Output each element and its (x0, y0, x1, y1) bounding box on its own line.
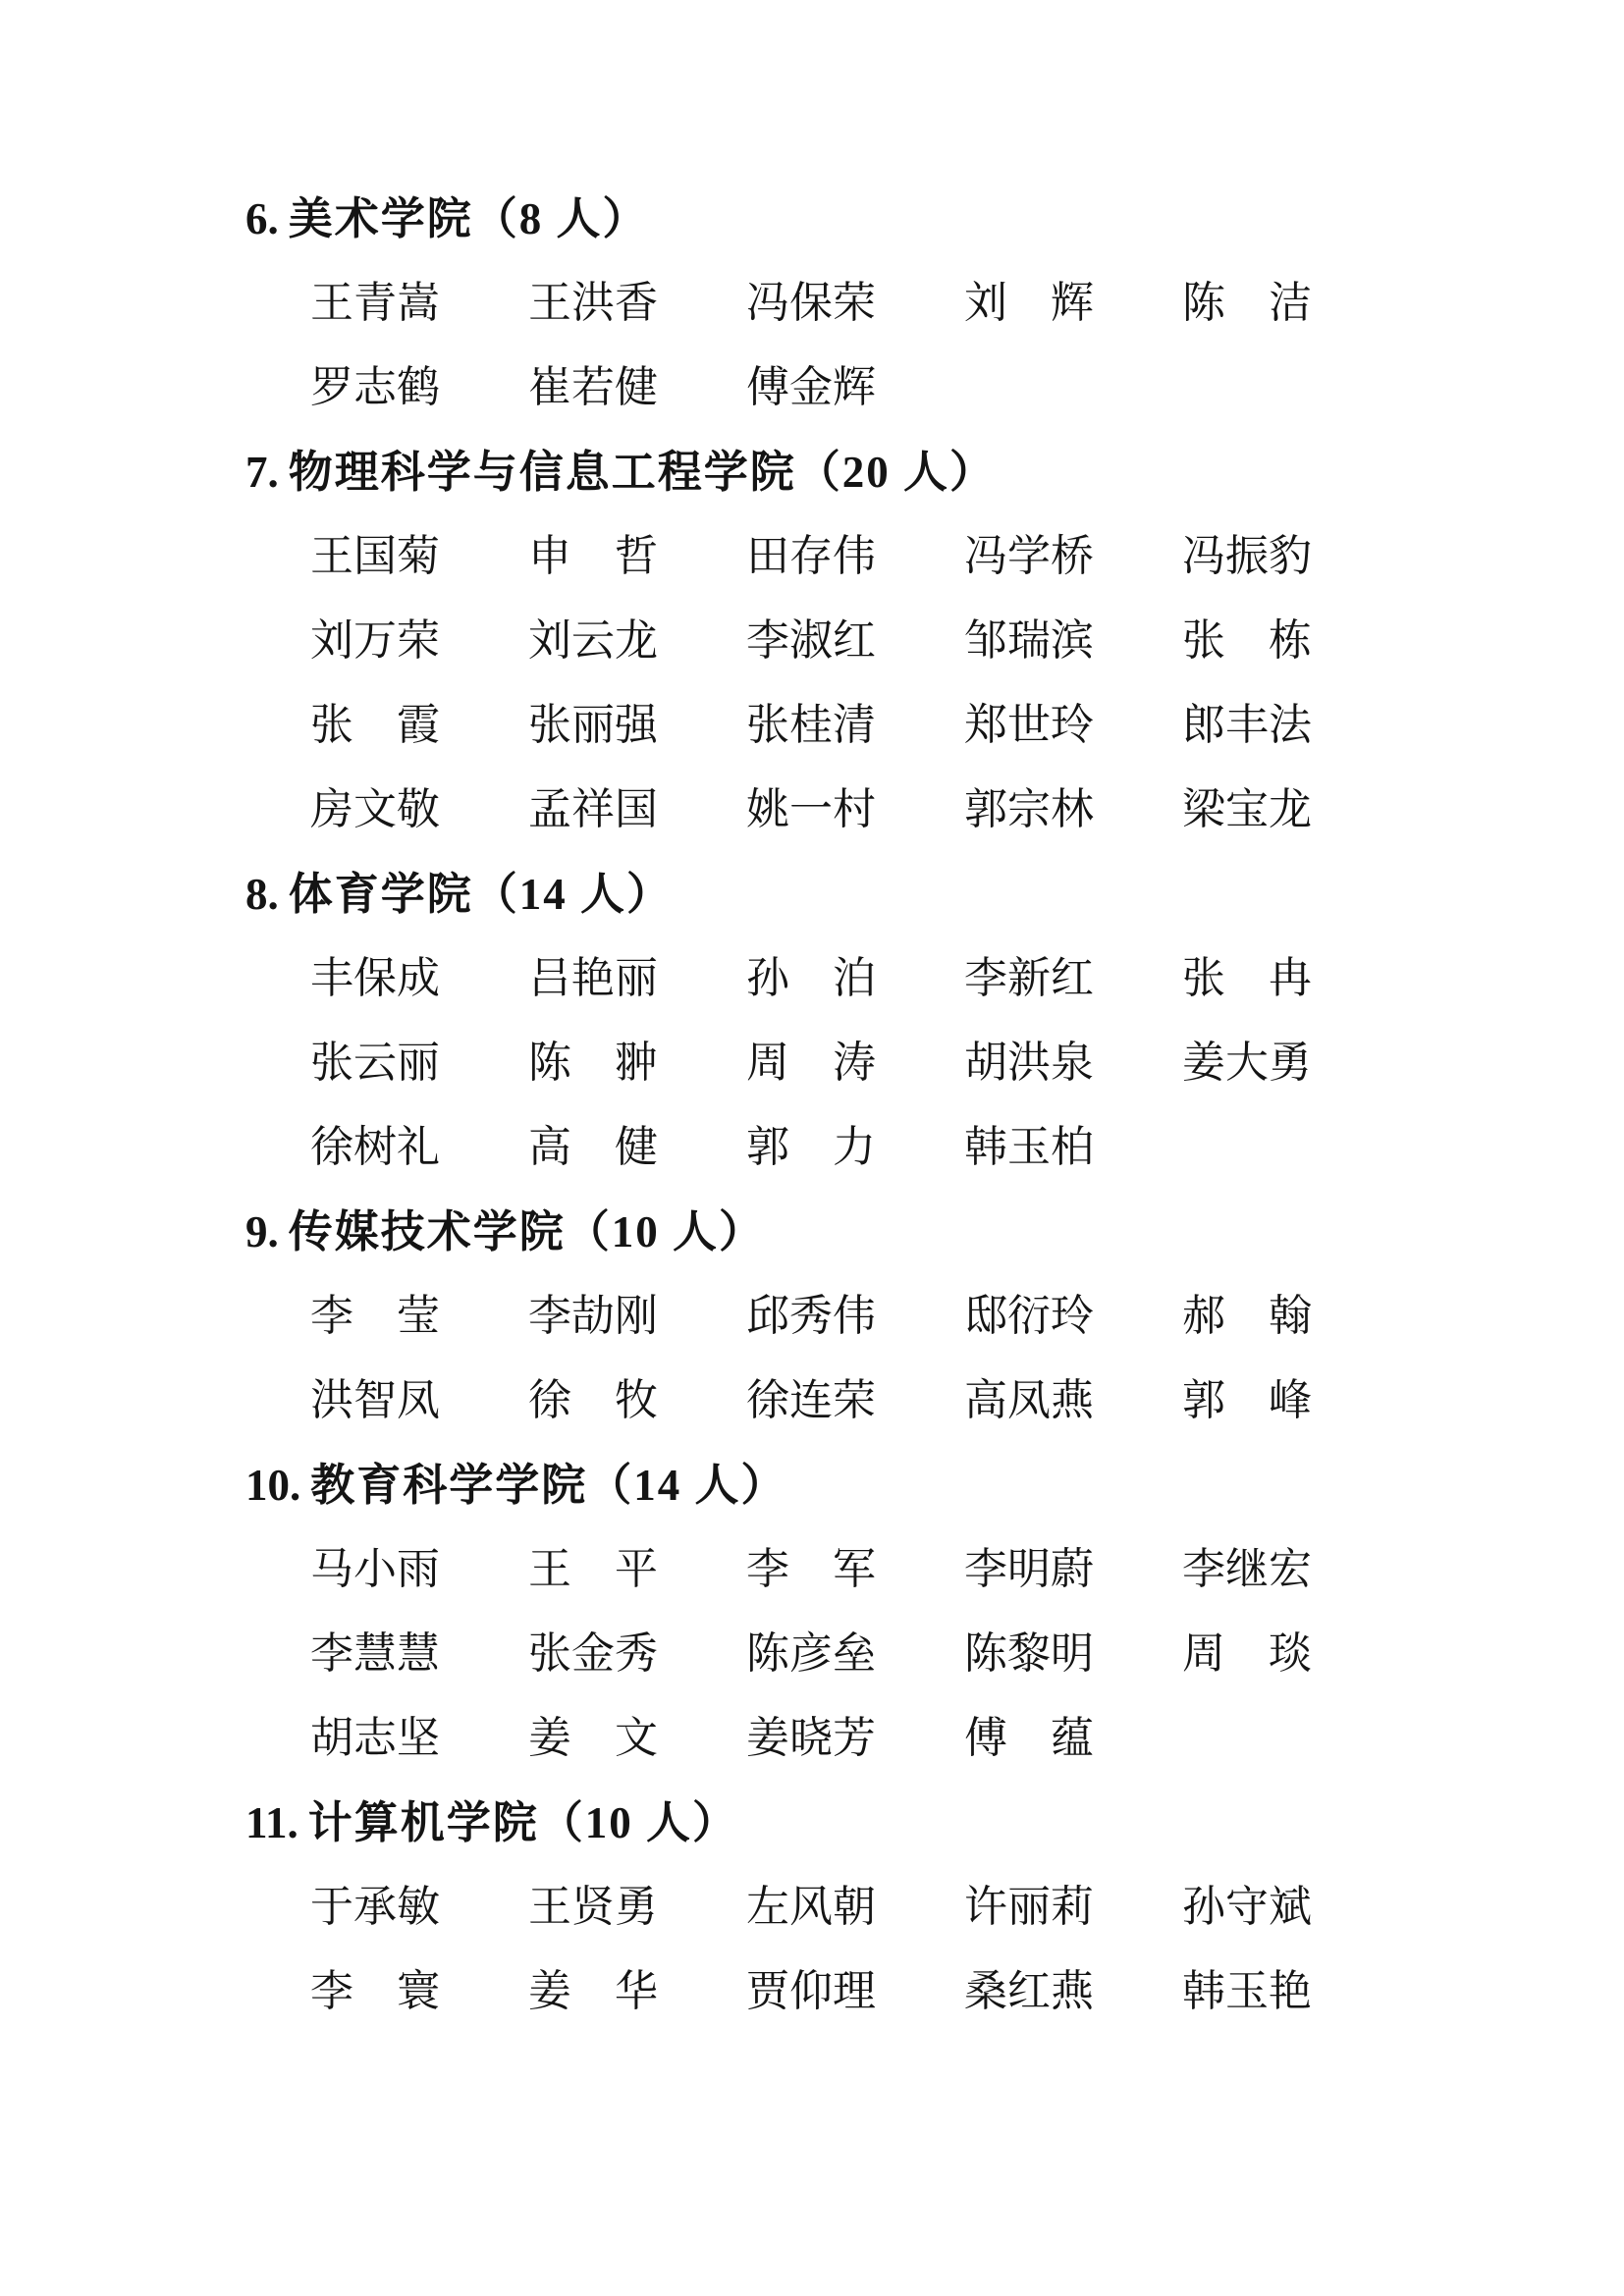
section-number: 10. (245, 1443, 300, 1527)
person-name: 冯保荣 (746, 261, 964, 346)
person-name: 姚一村 (746, 768, 964, 852)
person-name: 李劼刚 (528, 1274, 746, 1359)
person-name: 王洪香 (528, 261, 746, 346)
person-name: 李淑红 (746, 599, 964, 683)
person-name: 邹瑞滨 (964, 599, 1182, 683)
person-name: 郝 翰 (1182, 1274, 1400, 1359)
person-name: 陈黎明 (964, 1612, 1182, 1696)
person-name: 王贤勇 (528, 1865, 746, 1949)
person-name: 姜 华 (528, 1949, 746, 2034)
person-name: 张丽强 (528, 683, 746, 768)
person-name: 冯振豹 (1182, 514, 1400, 599)
person-name: 张金秀 (528, 1612, 746, 1696)
person-name: 高 健 (528, 1105, 746, 1190)
section-heading: 9.传媒技术学院（10 人） (245, 1190, 1624, 1274)
section-heading: 10.教育科学学院（14 人） (245, 1443, 1624, 1527)
name-row: 张云丽陈 翀周 涛胡洪泉姜大勇 (310, 1021, 1624, 1105)
person-name: 徐连荣 (746, 1359, 964, 1443)
name-row: 房文敬孟祥国姚一村郭宗林梁宝龙 (310, 768, 1624, 852)
person-name: 张 栋 (1182, 599, 1400, 683)
name-row: 王国菊申 哲田存伟冯学桥冯振豹 (310, 514, 1624, 599)
person-name: 崔若健 (528, 346, 746, 430)
person-name: 周 琰 (1182, 1612, 1400, 1696)
person-name: 李明蔚 (964, 1527, 1182, 1612)
person-name: 傅 蕴 (964, 1696, 1182, 1781)
person-name: 韩玉艳 (1182, 1949, 1400, 2034)
person-name: 孙守斌 (1182, 1865, 1400, 1949)
person-name: 胡洪泉 (964, 1021, 1182, 1105)
name-row: 王青嵩王洪香冯保荣刘 辉陈 洁 (310, 261, 1624, 346)
person-name: 张 霞 (310, 683, 528, 768)
person-name: 胡志坚 (310, 1696, 528, 1781)
person-name: 冯学桥 (964, 514, 1182, 599)
person-name: 刘万荣 (310, 599, 528, 683)
person-name: 郭宗林 (964, 768, 1182, 852)
name-row: 马小雨王 平李 军李明蔚李继宏 (310, 1527, 1624, 1612)
person-name: 韩玉柏 (964, 1105, 1182, 1190)
person-name: 周 涛 (746, 1021, 964, 1105)
name-row: 丰保成吕艳丽孙 泊李新红张 冉 (310, 936, 1624, 1021)
section-number: 7. (245, 430, 279, 514)
roster-list: 6.美术学院（8 人）王青嵩王洪香冯保荣刘 辉陈 洁罗志鹤崔若健傅金辉7.物理科… (0, 177, 1624, 2034)
person-name: 李继宏 (1182, 1527, 1400, 1612)
name-row: 徐树礼高 健郭 力韩玉柏 (310, 1105, 1624, 1190)
section-heading: 6.美术学院（8 人） (245, 177, 1624, 261)
person-name: 郎丰法 (1182, 683, 1400, 768)
person-name: 邱秀伟 (746, 1274, 964, 1359)
person-name: 申 哲 (528, 514, 746, 599)
person-name: 王国菊 (310, 514, 528, 599)
person-name: 姜晓芳 (746, 1696, 964, 1781)
person-name: 李新红 (964, 936, 1182, 1021)
person-name: 马小雨 (310, 1527, 528, 1612)
person-name: 左风朝 (746, 1865, 964, 1949)
section-heading: 11.计算机学院（10 人） (245, 1781, 1624, 1865)
person-name: 陈彦垒 (746, 1612, 964, 1696)
section-title: 传媒技术学院（10 人） (289, 1190, 765, 1274)
person-name: 姜大勇 (1182, 1021, 1400, 1105)
person-name: 王 平 (528, 1527, 746, 1612)
section-heading: 8.体育学院（14 人） (245, 852, 1624, 936)
person-name: 傅金辉 (746, 346, 964, 430)
name-row: 刘万荣刘云龙李淑红邹瑞滨张 栋 (310, 599, 1624, 683)
person-name: 吕艳丽 (528, 936, 746, 1021)
name-row: 李 莹李劼刚邱秀伟邸衍玲郝 翰 (310, 1274, 1624, 1359)
person-name: 房文敬 (310, 768, 528, 852)
name-row: 李 寰姜 华贾仰理桑红燕韩玉艳 (310, 1949, 1624, 2034)
section-number: 8. (245, 852, 279, 936)
person-name: 李慧慧 (310, 1612, 528, 1696)
person-name: 王青嵩 (310, 261, 528, 346)
section-title: 体育学院（14 人） (289, 852, 673, 936)
person-name: 孙 泊 (746, 936, 964, 1021)
section-title: 物理科学与信息工程学院（20 人） (289, 430, 996, 514)
person-name: 孟祥国 (528, 768, 746, 852)
name-row: 罗志鹤崔若健傅金辉 (310, 346, 1624, 430)
person-name: 丰保成 (310, 936, 528, 1021)
document-page: 6.美术学院（8 人）王青嵩王洪香冯保荣刘 辉陈 洁罗志鹤崔若健傅金辉7.物理科… (0, 0, 1624, 2296)
person-name: 桑红燕 (964, 1949, 1182, 2034)
person-name: 张云丽 (310, 1021, 528, 1105)
person-name: 贾仰理 (746, 1949, 964, 2034)
person-name: 于承敏 (310, 1865, 528, 1949)
section-heading: 7.物理科学与信息工程学院（20 人） (245, 430, 1624, 514)
person-name: 田存伟 (746, 514, 964, 599)
person-name: 罗志鹤 (310, 346, 528, 430)
person-name: 徐 牧 (528, 1359, 746, 1443)
person-name: 梁宝龙 (1182, 768, 1400, 852)
person-name: 许丽莉 (964, 1865, 1182, 1949)
person-name: 刘 辉 (964, 261, 1182, 346)
person-name: 郭 力 (746, 1105, 964, 1190)
name-row: 于承敏王贤勇左风朝许丽莉孙守斌 (310, 1865, 1624, 1949)
name-row: 洪智凤徐 牧徐连荣高凤燕郭 峰 (310, 1359, 1624, 1443)
person-name: 郑世玲 (964, 683, 1182, 768)
person-name: 洪智凤 (310, 1359, 528, 1443)
section-title: 美术学院（8 人） (289, 177, 649, 261)
section-title: 教育科学学院（14 人） (310, 1443, 786, 1527)
person-name: 李 莹 (310, 1274, 528, 1359)
person-name: 陈 洁 (1182, 261, 1400, 346)
person-name: 李 军 (746, 1527, 964, 1612)
person-name: 刘云龙 (528, 599, 746, 683)
person-name: 李 寰 (310, 1949, 528, 2034)
section-number: 11. (245, 1781, 298, 1865)
name-row: 张 霞张丽强张桂清郑世玲郎丰法 (310, 683, 1624, 768)
section-number: 6. (245, 177, 279, 261)
person-name: 陈 翀 (528, 1021, 746, 1105)
section-number: 9. (245, 1190, 279, 1274)
person-name: 郭 峰 (1182, 1359, 1400, 1443)
person-name: 张桂清 (746, 683, 964, 768)
section-title: 计算机学院（10 人） (308, 1781, 738, 1865)
person-name: 张 冉 (1182, 936, 1400, 1021)
name-row: 胡志坚姜 文姜晓芳傅 蕴 (310, 1696, 1624, 1781)
person-name: 邸衍玲 (964, 1274, 1182, 1359)
person-name: 姜 文 (528, 1696, 746, 1781)
name-row: 李慧慧张金秀陈彦垒陈黎明周 琰 (310, 1612, 1624, 1696)
person-name: 高凤燕 (964, 1359, 1182, 1443)
person-name: 徐树礼 (310, 1105, 528, 1190)
